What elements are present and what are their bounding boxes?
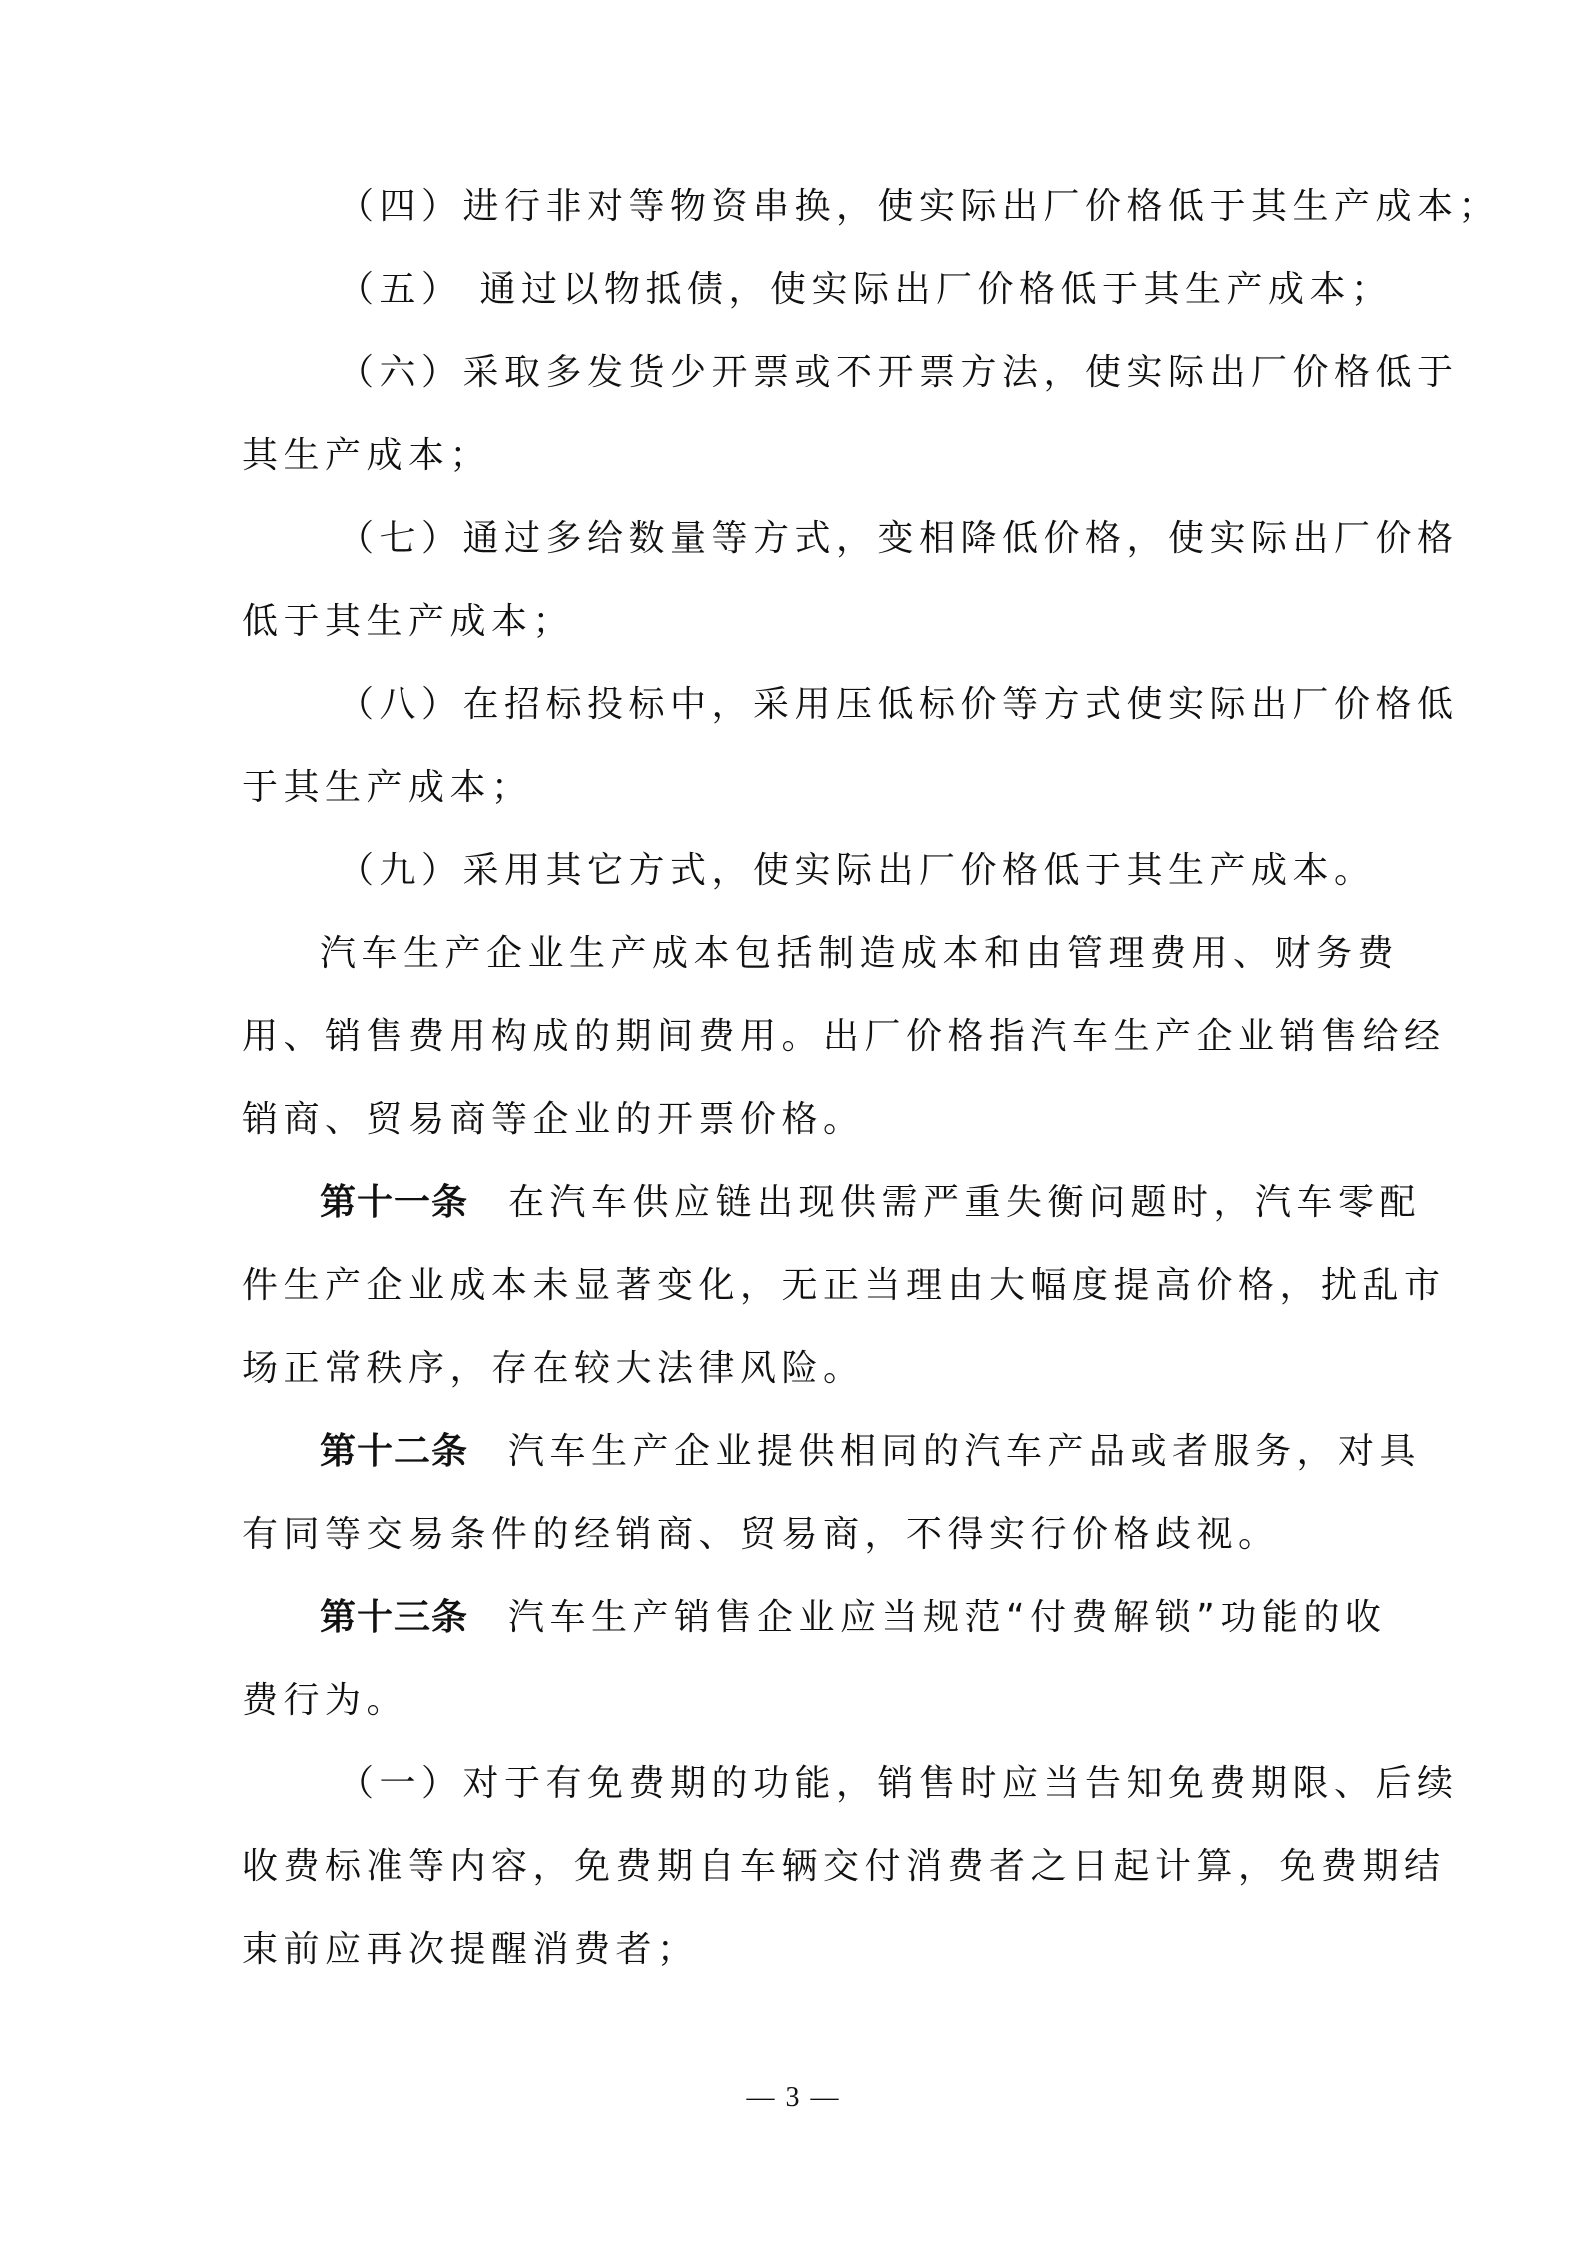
- article-13-line-1: 第十三条汽车生产销售企业应当规范“付费解锁”功能的收: [320, 1588, 1386, 1648]
- article-11-number: 第十一条: [320, 1182, 468, 1223]
- item-7-line-1: （七）通过多给数量等方式，变相降低价格，使实际出厂价格: [338, 509, 1459, 569]
- article-13-text: 汽车生产销售企业应当规范“付费解锁”功能的收: [508, 1597, 1386, 1638]
- item-8-line-2: 于其生产成本；: [242, 758, 533, 818]
- definition-line-1: 汽车生产企业生产成本包括制造成本和由管理费用、财务费: [320, 924, 1399, 984]
- definition-line-3: 销商、贸易商等企业的开票价格。: [242, 1090, 865, 1150]
- sub-item-1-line-2: 收费标准等内容，免费期自车辆交付消费者之日起计算，免费期结: [242, 1837, 1446, 1897]
- article-12-line-1: 第十二条汽车生产企业提供相同的汽车产品或者服务，对具: [320, 1422, 1421, 1482]
- sub-item-1-line-3: 束前应再次提醒消费者；: [242, 1920, 699, 1980]
- item-8-line-1: （八）在招标投标中，采用压低标价等方式使实际出厂价格低: [338, 675, 1459, 735]
- article-11-line-1: 第十一条在汽车供应链出现供需严重失衡问题时，汽车零配: [320, 1173, 1421, 1233]
- item-6-line-2: 其生产成本；: [242, 426, 491, 486]
- article-13-line-2: 费行为。: [242, 1671, 408, 1731]
- article-11-line-3: 场正常秩序，存在较大法律风险。: [242, 1339, 865, 1399]
- article-12-text: 汽车生产企业提供相同的汽车产品或者服务，对具: [508, 1431, 1421, 1472]
- article-13-number: 第十三条: [320, 1597, 468, 1638]
- sub-item-1-line-1: （一）对于有免费期的功能，销售时应当告知免费期限、后续: [338, 1754, 1459, 1814]
- article-12-number: 第十二条: [320, 1431, 468, 1472]
- item-7-line-2: 低于其生产成本；: [242, 592, 574, 652]
- definition-line-2: 用、销售费用构成的期间费用。出厂价格指汽车生产企业销售给经: [242, 1007, 1446, 1067]
- article-11-line-2: 件生产企业成本未显著变化，无正当理由大幅度提高价格，扰乱市: [242, 1256, 1446, 1316]
- item-5-line-1: （五） 通过以物抵债，使实际出厂价格低于其生产成本；: [338, 260, 1392, 320]
- article-12-line-2: 有同等交易条件的经销商、贸易商，不得实行价格歧视。: [242, 1505, 1280, 1565]
- page-number: — 3 —: [0, 2082, 1587, 2114]
- item-9-line-1: （九）采用其它方式，使实际出厂价格低于其生产成本。: [338, 841, 1376, 901]
- item-6-line-1: （六）采取多发货少开票或不开票方法，使实际出厂价格低于: [338, 343, 1459, 403]
- item-4-line-1: （四）进行非对等物资串换，使实际出厂价格低于其生产成本；: [338, 177, 1500, 237]
- article-11-text: 在汽车供应链出现供需严重失衡问题时，汽车零配: [508, 1182, 1421, 1223]
